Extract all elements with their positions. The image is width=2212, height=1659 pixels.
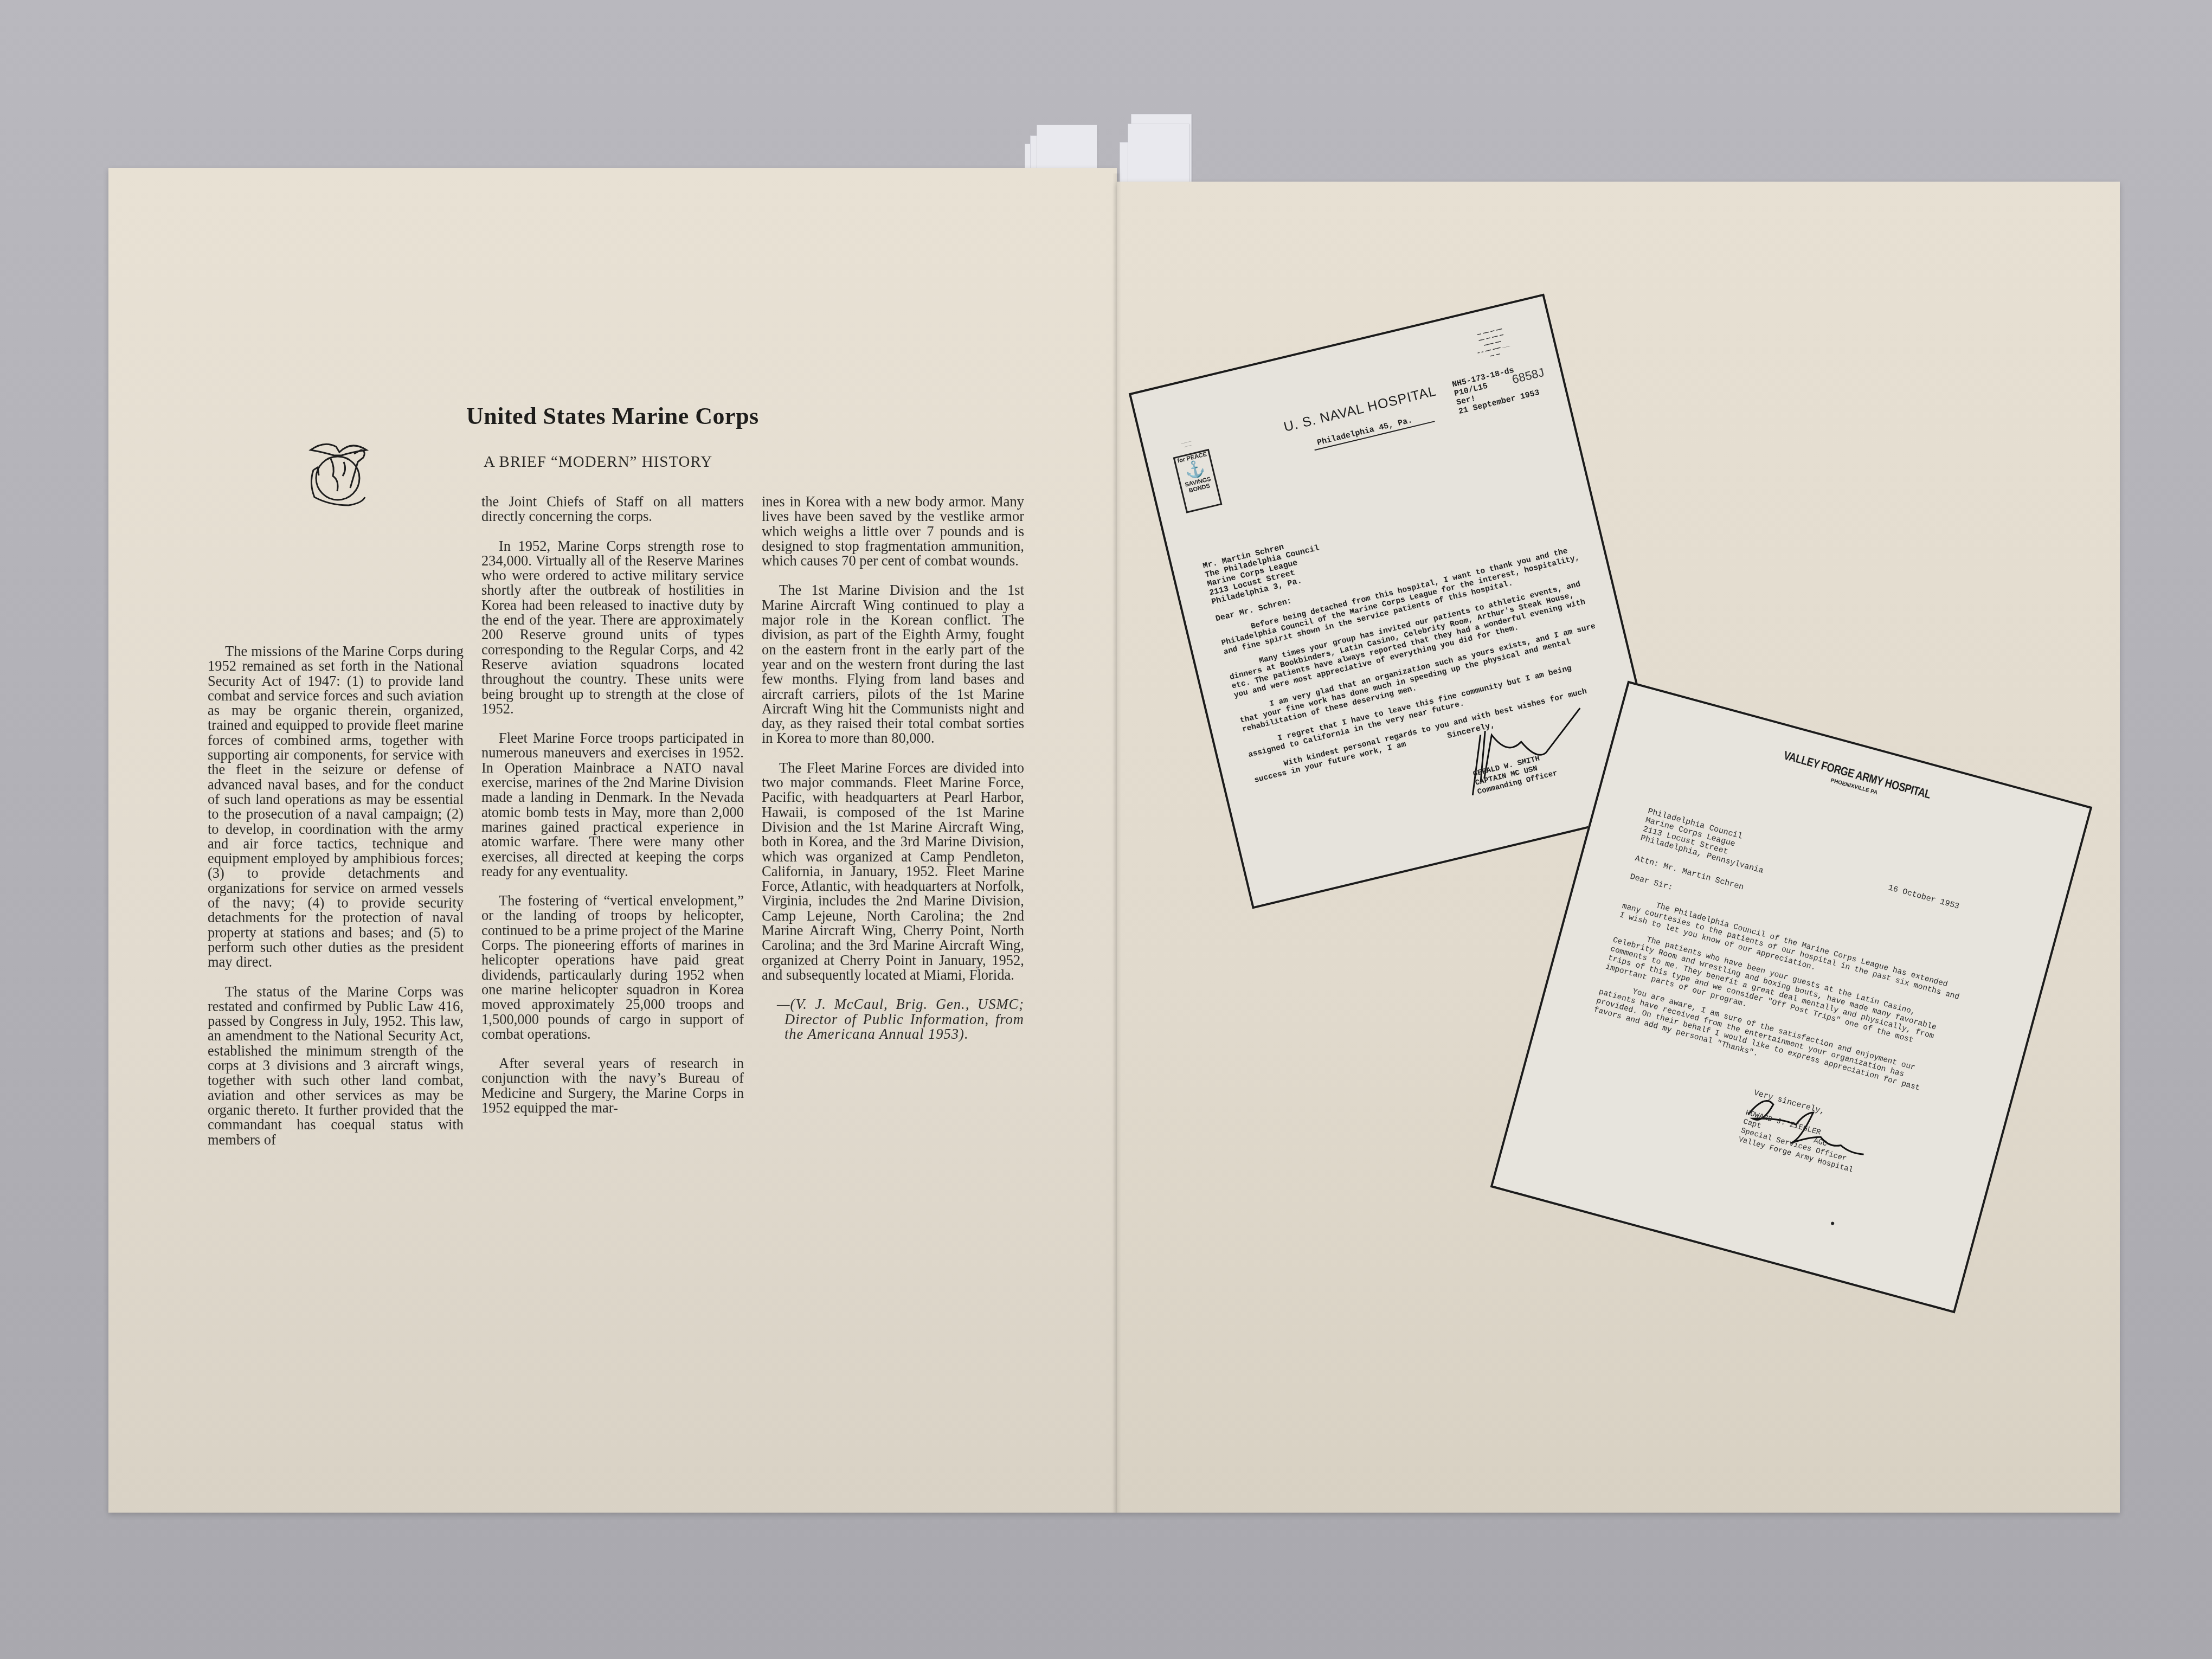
eagle-globe-anchor-icon xyxy=(297,424,378,511)
paragraph: the Joint Chiefs of Staff on all matters… xyxy=(481,494,744,524)
article-attribution: —(V. J. McCaul, Brig. Gen., USMC; Direct… xyxy=(762,997,1024,1041)
letter-body: The Philadelphia Council of the Marine C… xyxy=(1591,893,1971,1115)
article-subtitle: A BRIEF “MODERN” HISTORY xyxy=(484,453,712,471)
paragraph: The status of the Marine Corps was resta… xyxy=(208,985,464,1147)
article-column-3: ines in Korea with a new body armor. Man… xyxy=(762,494,1024,1056)
recipient-address: Mr. Martin Schren The Philadelphia Counc… xyxy=(1202,535,1327,607)
paragraph: The Fleet Marine Forces are divided into… xyxy=(762,761,1024,982)
paragraph: The missions of the Marine Corps during … xyxy=(208,644,464,970)
paragraph: The 1st Marine Division and the 1st Mari… xyxy=(762,583,1024,745)
paragraph: The fostering of “vertical envelopment,”… xyxy=(481,893,744,1041)
article-column-2: the Joint Chiefs of Staff on all matters… xyxy=(481,494,744,1130)
ink-dot xyxy=(1830,1221,1834,1225)
article-title: United States Marine Corps xyxy=(466,402,759,430)
article-column-1: The missions of the Marine Corps during … xyxy=(208,644,464,1162)
savings-bond-badge: for PEACE ⚓ SAVINGS BONDS xyxy=(1173,449,1223,513)
bond-caption: ~~~~~~~~~~ xyxy=(1170,437,1205,452)
paragraph: After several years of research in conju… xyxy=(481,1056,744,1115)
salutation: Dear Sir: xyxy=(1629,872,1674,893)
paragraph: Fleet Marine Force troops participated i… xyxy=(481,731,744,879)
letter-date: 16 October 1953 xyxy=(1887,883,1960,911)
reply-notice: ▬▬ ▬▬▬ ▬▬ ▬▬▬▬▬▬ ▬▬ ▬▬▬ ▬▬▬▬▬▬▬ ▬▬▬▬ ▬ ▬… xyxy=(1442,317,1544,369)
paragraph: ines in Korea with a new body armor. Man… xyxy=(762,494,1024,568)
page-gutter xyxy=(1113,173,1121,1513)
paragraph: In 1952, Marine Corps strength rose to 2… xyxy=(481,539,744,717)
